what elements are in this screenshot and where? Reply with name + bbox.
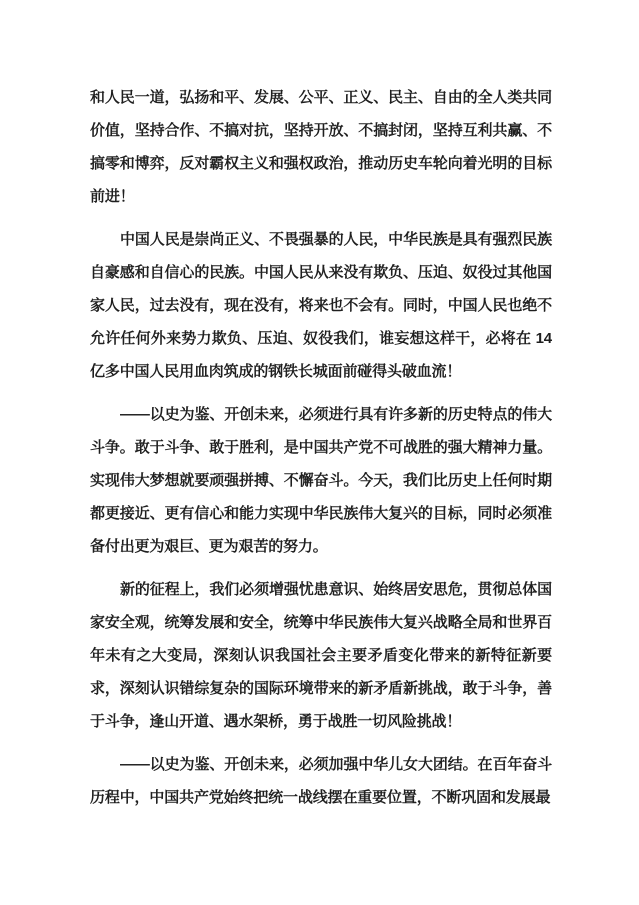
- paragraph-great-unity: ——以史为鉴、开创未来，必须加强中华儿女大团结。在百年奋斗历程中，中国共产党始终…: [90, 748, 552, 814]
- document-page: 和人民一道，弘扬和平、发展、公平、正义、民主、自由的全人类共同价值，坚持合作、不…: [0, 0, 639, 905]
- document-text-body: 和人民一道，弘扬和平、发展、公平、正义、民主、自由的全人类共同价值，坚持合作、不…: [90, 81, 552, 814]
- paragraph-new-journey: 新的征程上，我们必须增强忧患意识、始终居安思危，贯彻总体国家安全观，统筹发展和安…: [90, 573, 552, 738]
- paragraph-chinese-people: 中国人民是崇尚正义、不畏强暴的人民，中华民族是具有强烈民族自豪感和自信心的民族。…: [90, 223, 552, 388]
- paragraph-great-struggle: ——以史为鉴、开创未来，必须进行具有许多新的历史特点的伟大斗争。敢于斗争、敢于胜…: [90, 398, 552, 563]
- paragraph-continuation: 和人民一道，弘扬和平、发展、公平、正义、民主、自由的全人类共同价值，坚持合作、不…: [90, 81, 552, 213]
